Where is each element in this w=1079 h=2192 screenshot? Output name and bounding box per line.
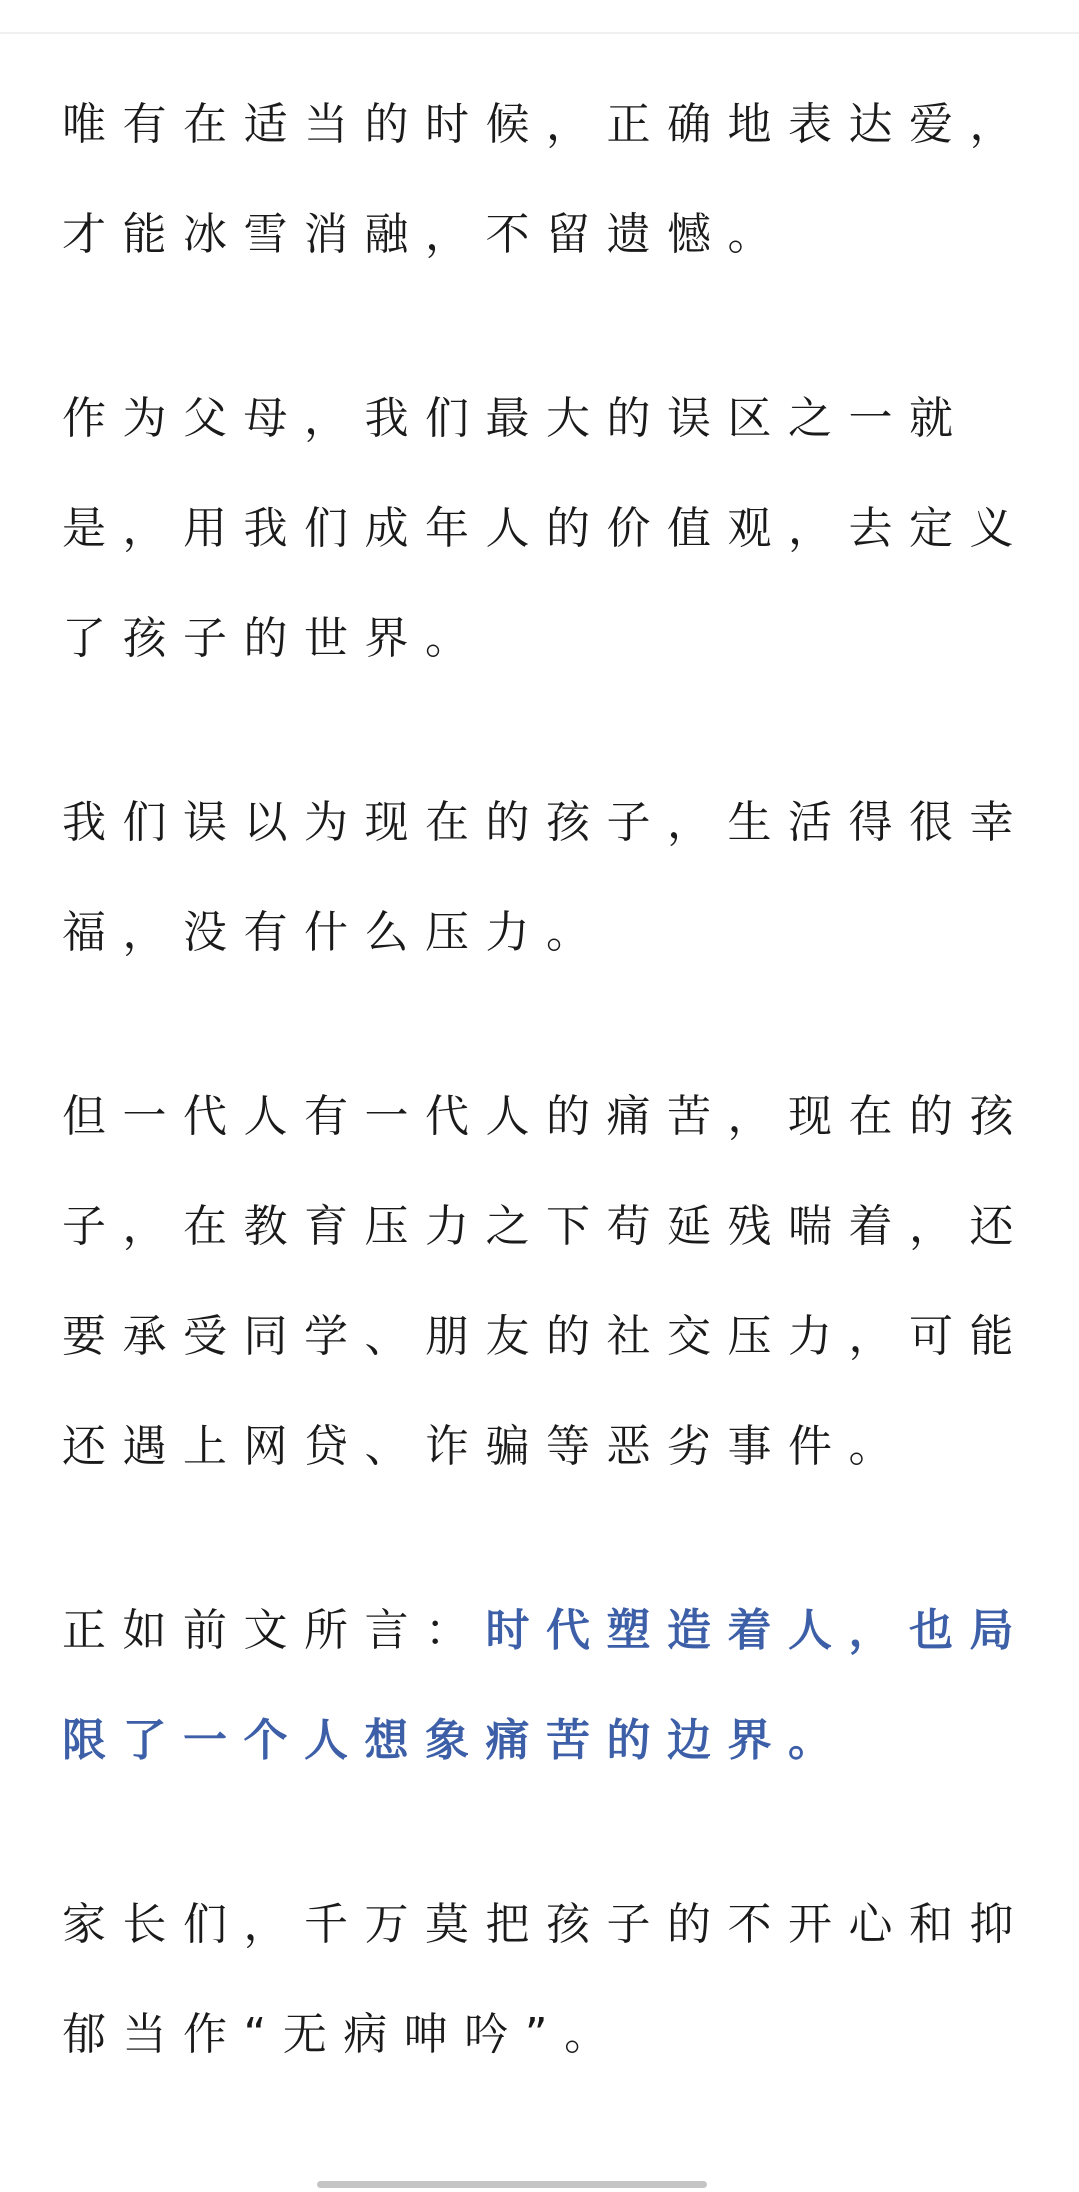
- text-segment: 但一代人有一代人的痛苦，现在的孩: [62, 1091, 1030, 1142]
- text-segment: 才能冰雪消融，不留遗憾。: [62, 209, 788, 260]
- text-line: 家长们，千万莫把孩子的不开心和抑: [62, 1892, 1062, 2002]
- paragraph: 但一代人有一代人的痛苦，现在的孩 子，在教育压力之下苟延残喘着，还 要承受同学、…: [62, 1084, 1062, 1524]
- top-divider: [0, 32, 1079, 34]
- text-segment: 唯有在适当的时候，正确地表达爱，: [62, 99, 1030, 150]
- text-segment: 了孩子的世界。: [62, 613, 486, 664]
- paragraph-quote: 正如前文所言：时代塑造着人，也局 限了一个人想象痛苦的边界。: [62, 1598, 1062, 1818]
- text-segment: 正如前文所言：: [62, 1605, 486, 1656]
- text-line: 我们误以为现在的孩子，生活得很幸: [62, 790, 1062, 900]
- text-line: 福，没有什么压力。: [62, 900, 1062, 1010]
- paragraph: 作为父母，我们最大的误区之一就 是，用我们成年人的价值观，去定义 了孩子的世界。: [62, 386, 1062, 716]
- emphasized-text: 限了一个人想象痛苦的边界。: [62, 1715, 849, 1766]
- text-line: 但一代人有一代人的痛苦，现在的孩: [62, 1084, 1062, 1194]
- text-segment: 还遇上网贷、诈骗等恶劣事件。: [62, 1421, 909, 1472]
- home-indicator[interactable]: [317, 2181, 707, 2188]
- text-line: 了孩子的世界。: [62, 606, 1062, 716]
- article-body[interactable]: 唯有在适当的时候，正确地表达爱， 才能冰雪消融，不留遗憾。 作为父母，我们最大的…: [62, 92, 1062, 2186]
- text-segment: 我们误以为现在的孩子，生活得很幸: [62, 797, 1030, 848]
- text-line: 是，用我们成年人的价值观，去定义: [62, 496, 1062, 606]
- text-segment: 福，没有什么压力。: [62, 907, 607, 958]
- text-segment: 是，用我们成年人的价值观，去定义: [62, 503, 1030, 554]
- paragraph: 唯有在适当的时候，正确地表达爱， 才能冰雪消融，不留遗憾。: [62, 92, 1062, 312]
- text-line: 要承受同学、朋友的社交压力，可能: [62, 1304, 1062, 1414]
- text-line: 唯有在适当的时候，正确地表达爱，: [62, 92, 1062, 202]
- text-segment: 郁当作“无病呻吟”。: [62, 2009, 625, 2060]
- text-line: 作为父母，我们最大的误区之一就: [62, 386, 1062, 496]
- emphasized-text: 时代塑造着人，也局: [486, 1605, 1031, 1656]
- text-line: 郁当作“无病呻吟”。: [62, 2002, 1062, 2112]
- text-line: 还遇上网贷、诈骗等恶劣事件。: [62, 1414, 1062, 1524]
- text-line: 限了一个人想象痛苦的边界。: [62, 1708, 1062, 1818]
- text-segment: 家长们，千万莫把孩子的不开心和抑: [62, 1899, 1030, 1950]
- paragraph: 家长们，千万莫把孩子的不开心和抑 郁当作“无病呻吟”。: [62, 1892, 1062, 2112]
- text-line: 才能冰雪消融，不留遗憾。: [62, 202, 1062, 312]
- text-segment: 要承受同学、朋友的社交压力，可能: [62, 1311, 1030, 1362]
- text-line: 正如前文所言：时代塑造着人，也局: [62, 1598, 1062, 1708]
- text-segment: 作为父母，我们最大的误区之一就: [62, 393, 970, 444]
- text-line: 子，在教育压力之下苟延残喘着，还: [62, 1194, 1062, 1304]
- text-segment: 子，在教育压力之下苟延残喘着，还: [62, 1201, 1030, 1252]
- paragraph: 我们误以为现在的孩子，生活得很幸 福，没有什么压力。: [62, 790, 1062, 1010]
